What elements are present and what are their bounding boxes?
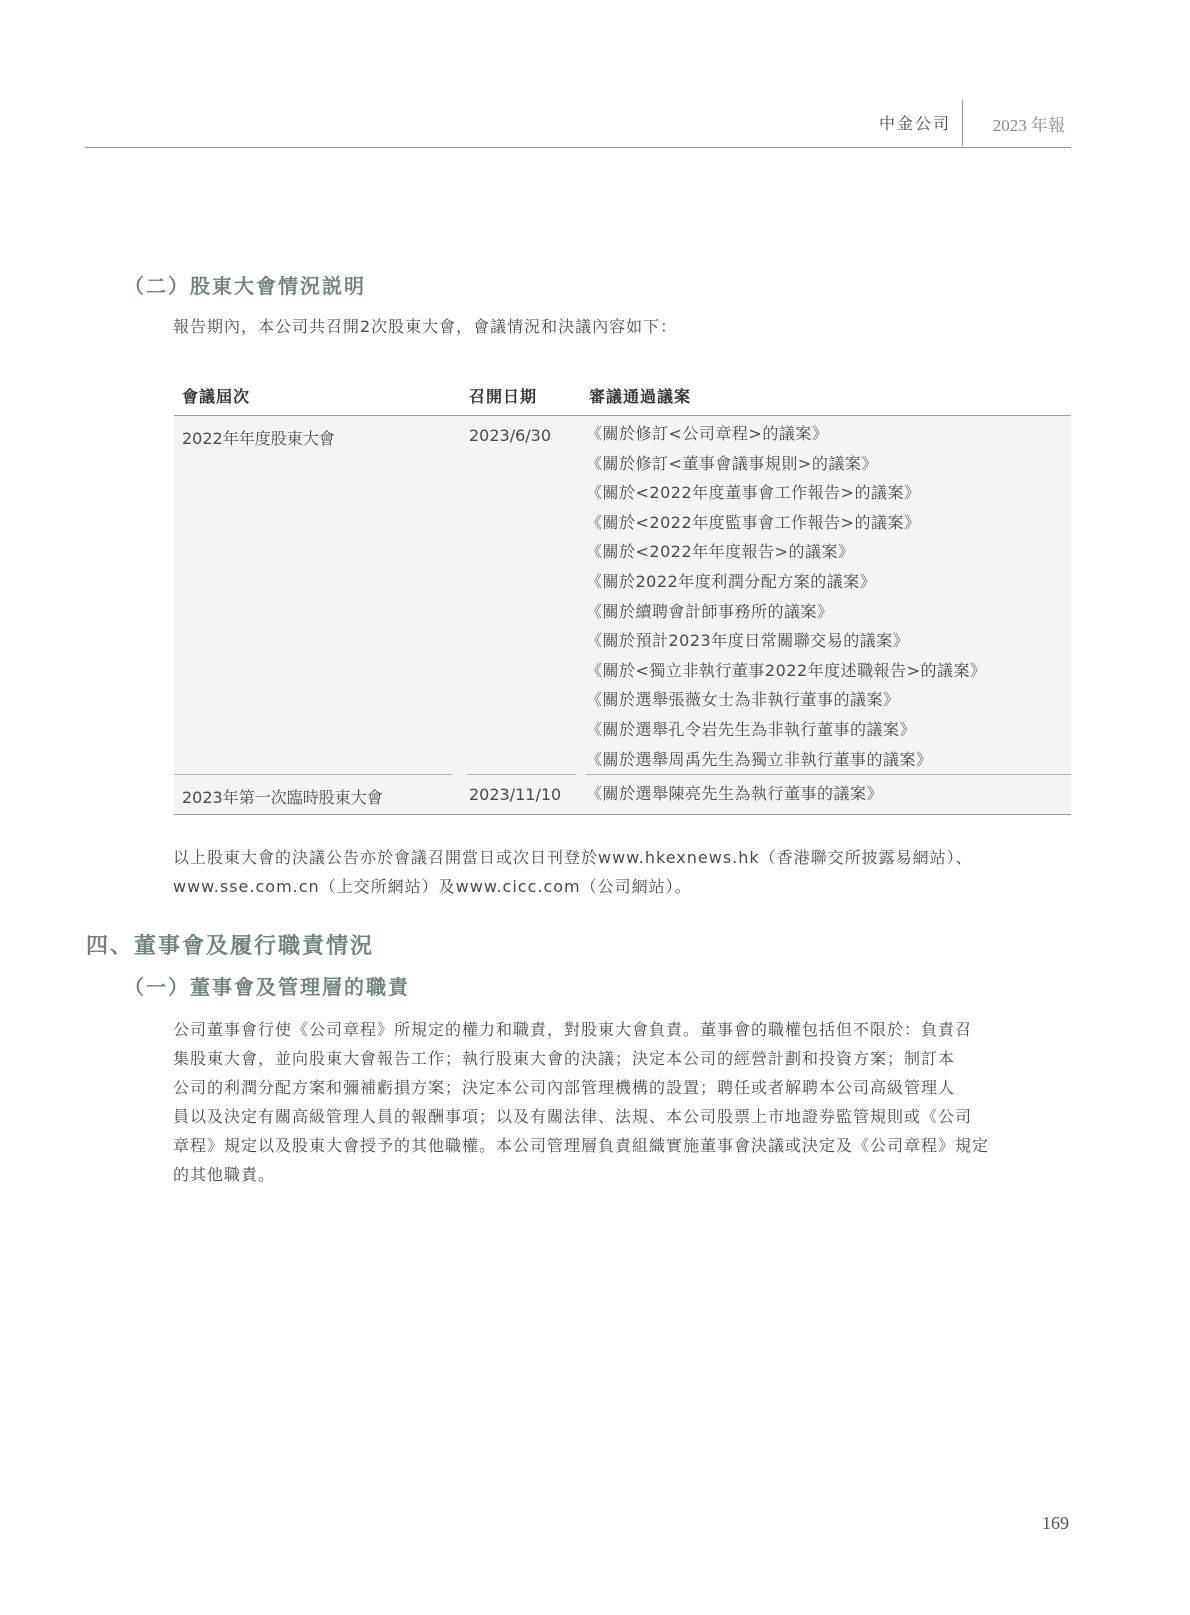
motion-item: 《關於選舉陳亮先生為執行董事的議案》 <box>586 779 883 809</box>
motion-item: 《關於<2022年度監事會工作報告>的議案》 <box>586 508 1071 538</box>
paragraph-line: 集股東大會，並向股東大會報告工作；執行股東大會的決議；決定本公司的經營計劃和投資… <box>173 1044 989 1073</box>
disclosure-line-1: 以上股東大會的決議公告亦於會議召開當日或次日刊登於www.hkexnews.hk… <box>173 843 973 872</box>
table-header: 會議屆次 召開日期 審議通過議案 <box>174 375 1071 416</box>
subsection-heading-board-duties: （一）董事會及管理層的職責 <box>124 971 410 1000</box>
page-number: 169 <box>1042 1513 1069 1534</box>
motion-list: 《關於修訂<公司章程>的議案》 《關於修訂<董事會議事規則>的議案》 《關於<2… <box>586 416 1071 774</box>
meeting-date: 2023/6/30 <box>469 426 551 445</box>
header-report-title: 2023 年報 <box>993 111 1065 136</box>
section-intro: 報告期內，本公司共召開2次股東大會，會議情況和決議內容如下： <box>173 312 677 341</box>
paragraph-line: 章程》規定以及股東大會授予的其他職權。本公司管理層負責組織實施董事會決議或決定及… <box>173 1131 989 1160</box>
column-header-motions: 審議通過議案 <box>589 384 691 407</box>
meeting-date: 2023/11/10 <box>469 785 561 804</box>
paragraph-line: 公司的利潤分配方案和彌補虧損方案；決定本公司內部管理機構的設置；聘任或者解聘本公… <box>173 1073 989 1102</box>
meetings-table: 會議屆次 召開日期 審議通過議案 2022年年度股東大會 2023/6/30 《… <box>174 375 1071 815</box>
section-heading-board: 四、董事會及履行職責情況 <box>86 929 374 960</box>
motion-item: 《關於<獨立非執行董事2022年度述職報告>的議案》 <box>586 656 1071 686</box>
paragraph-line: 公司董事會行使《公司章程》所規定的權力和職責，對股東大會負責。董事會的職權包括但… <box>173 1015 989 1044</box>
motion-item: 《關於<2022年度董事會工作報告>的議案》 <box>586 478 1071 508</box>
motion-item: 《關於選舉周禹先生為獨立非執行董事的議案》 <box>586 745 1071 775</box>
motion-item: 《關於修訂<公司章程>的議案》 <box>586 419 1071 449</box>
header-divider <box>962 100 963 146</box>
motion-item: 《關於預計2023年度日常關聯交易的議案》 <box>586 626 1071 656</box>
table-row: 2022年年度股東大會 2023/6/30 《關於修訂<公司章程>的議案》 《關… <box>174 416 1071 774</box>
motion-item: 《關於選舉孔令岩先生為非執行董事的議案》 <box>586 715 1071 745</box>
motion-item: 《關於續聘會計師事務所的議案》 <box>586 597 1071 627</box>
section-heading-shareholder-meetings: （二）股東大會情況説明 <box>124 270 366 299</box>
header-company-name: 中金公司 <box>879 111 951 134</box>
motion-item: 《關於2022年度利潤分配方案的議案》 <box>586 567 1071 597</box>
meeting-name: 2023年第一次臨時股東大會 <box>182 785 383 808</box>
table-body: 2022年年度股東大會 2023/6/30 《關於修訂<公司章程>的議案》 《關… <box>174 416 1071 815</box>
motion-item: 《關於修訂<董事會議事規則>的議案》 <box>586 449 1071 479</box>
board-duties-paragraph: 公司董事會行使《公司章程》所規定的權力和職責，對股東大會負責。董事會的職權包括但… <box>173 1015 989 1189</box>
meeting-name: 2022年年度股東大會 <box>182 426 335 449</box>
motion-item: 《關於<2022年年度報告>的議案》 <box>586 537 1071 567</box>
column-header-date: 召開日期 <box>469 384 537 407</box>
motion-item: 《關於選舉張薇女士為非執行董事的議案》 <box>586 685 1071 715</box>
disclosure-line-2: www.sse.com.cn（上交所網站）及www.cicc.com（公司網站）… <box>173 872 692 901</box>
paragraph-line: 員以及決定有關高級管理人員的報酬事項；以及有關法律、法規、本公司股票上市地證券監… <box>173 1102 989 1131</box>
page-header: 中金公司 2023 年報 <box>85 0 1071 148</box>
paragraph-line: 的其他職責。 <box>173 1160 989 1189</box>
column-header-meeting: 會議屆次 <box>182 384 250 407</box>
table-row: 2023年第一次臨時股東大會 2023/11/10 《關於選舉陳亮先生為執行董事… <box>174 775 1071 815</box>
